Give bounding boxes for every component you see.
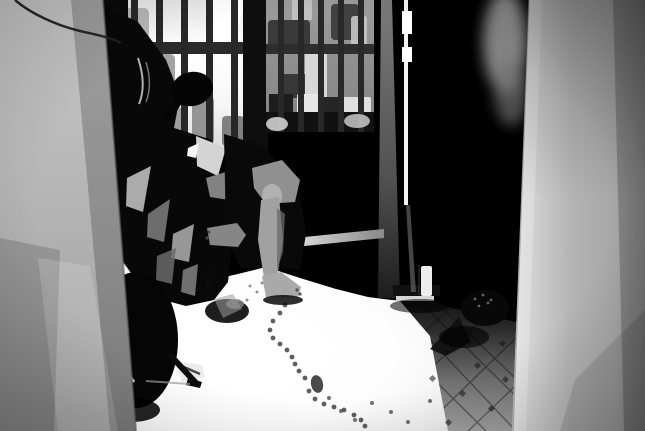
crime-scene-photo [0,0,645,431]
photo-canvas [0,0,645,431]
vignette [0,0,645,431]
